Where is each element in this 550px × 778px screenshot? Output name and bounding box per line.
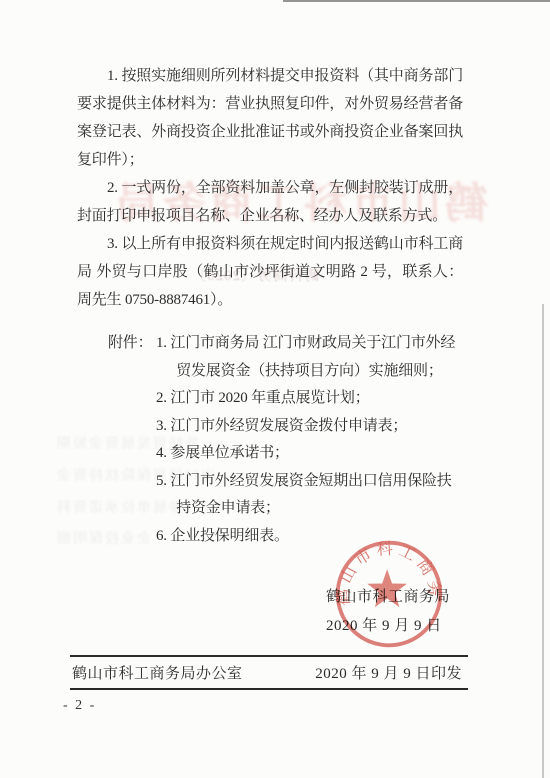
scan-artifact-fold-line xyxy=(542,304,544,778)
official-seal-stamp: 鹤山市科工商务局 xyxy=(332,537,446,651)
paragraph-3: 3. 以上所有申报资料须在规定时间内报送鹤山市科工商局 外贸与口岸股（鹤山市沙坪… xyxy=(77,230,463,314)
attachment-item: 1. 江门市商务局 江门市财政局关于江门市外经贸发展资金（扶持项目方向）实施细则… xyxy=(156,330,466,385)
footer-row: 鹤山市科工商务局办公室 2020 年 9 月 9 日印发 xyxy=(72,658,462,686)
attachment-item: 5. 江门市外经贸发展资金短期出口信用保险扶持资金申请表； xyxy=(156,468,466,523)
attachments-list: 1. 江门市商务局 江门市财政局关于江门市外经贸发展资金（扶持项目方向）实施细则… xyxy=(156,330,466,550)
attachment-item: 4. 参展单位承诺书； xyxy=(156,440,466,468)
paragraph-1: 1. 按照实施细则所列材料提交申报资料（其中商务部门要求提供主体材料为：营业执照… xyxy=(77,62,463,174)
seal-star-icon xyxy=(367,569,407,607)
paragraph-2: 2. 一式两份，全部资料加盖公章，左侧封胶装订成册，封面打印申报项目名称、企业名… xyxy=(77,174,463,230)
document-page: 鹤山市科工商务局 鹤科商务〔2020〕 外经贸发展资金短期出口信用保险扶持资金参… xyxy=(0,0,550,778)
footer-print-date: 2020 年 9 月 9 日印发 xyxy=(315,662,462,683)
attachment-item: 3. 江门市外经贸发展资金拨付申请表； xyxy=(156,413,466,441)
document-body: 1. 按照实施细则所列材料提交申报资料（其中商务部门要求提供主体材料为：营业执照… xyxy=(77,62,463,314)
footer-issuer-office: 鹤山市科工商务局办公室 xyxy=(72,662,243,683)
attachments-label: 附件： xyxy=(108,330,152,358)
footer-rule-bottom xyxy=(70,688,468,690)
page-number: - 2 - xyxy=(63,698,96,714)
scan-artifact-top-line xyxy=(283,0,550,2)
attachments-block: 附件： 1. 江门市商务局 江门市财政局关于江门市外经贸发展资金（扶持项目方向）… xyxy=(108,330,466,550)
footer-rule-top xyxy=(70,655,468,657)
attachment-item: 2. 江门市 2020 年重点展览计划； xyxy=(156,385,466,413)
